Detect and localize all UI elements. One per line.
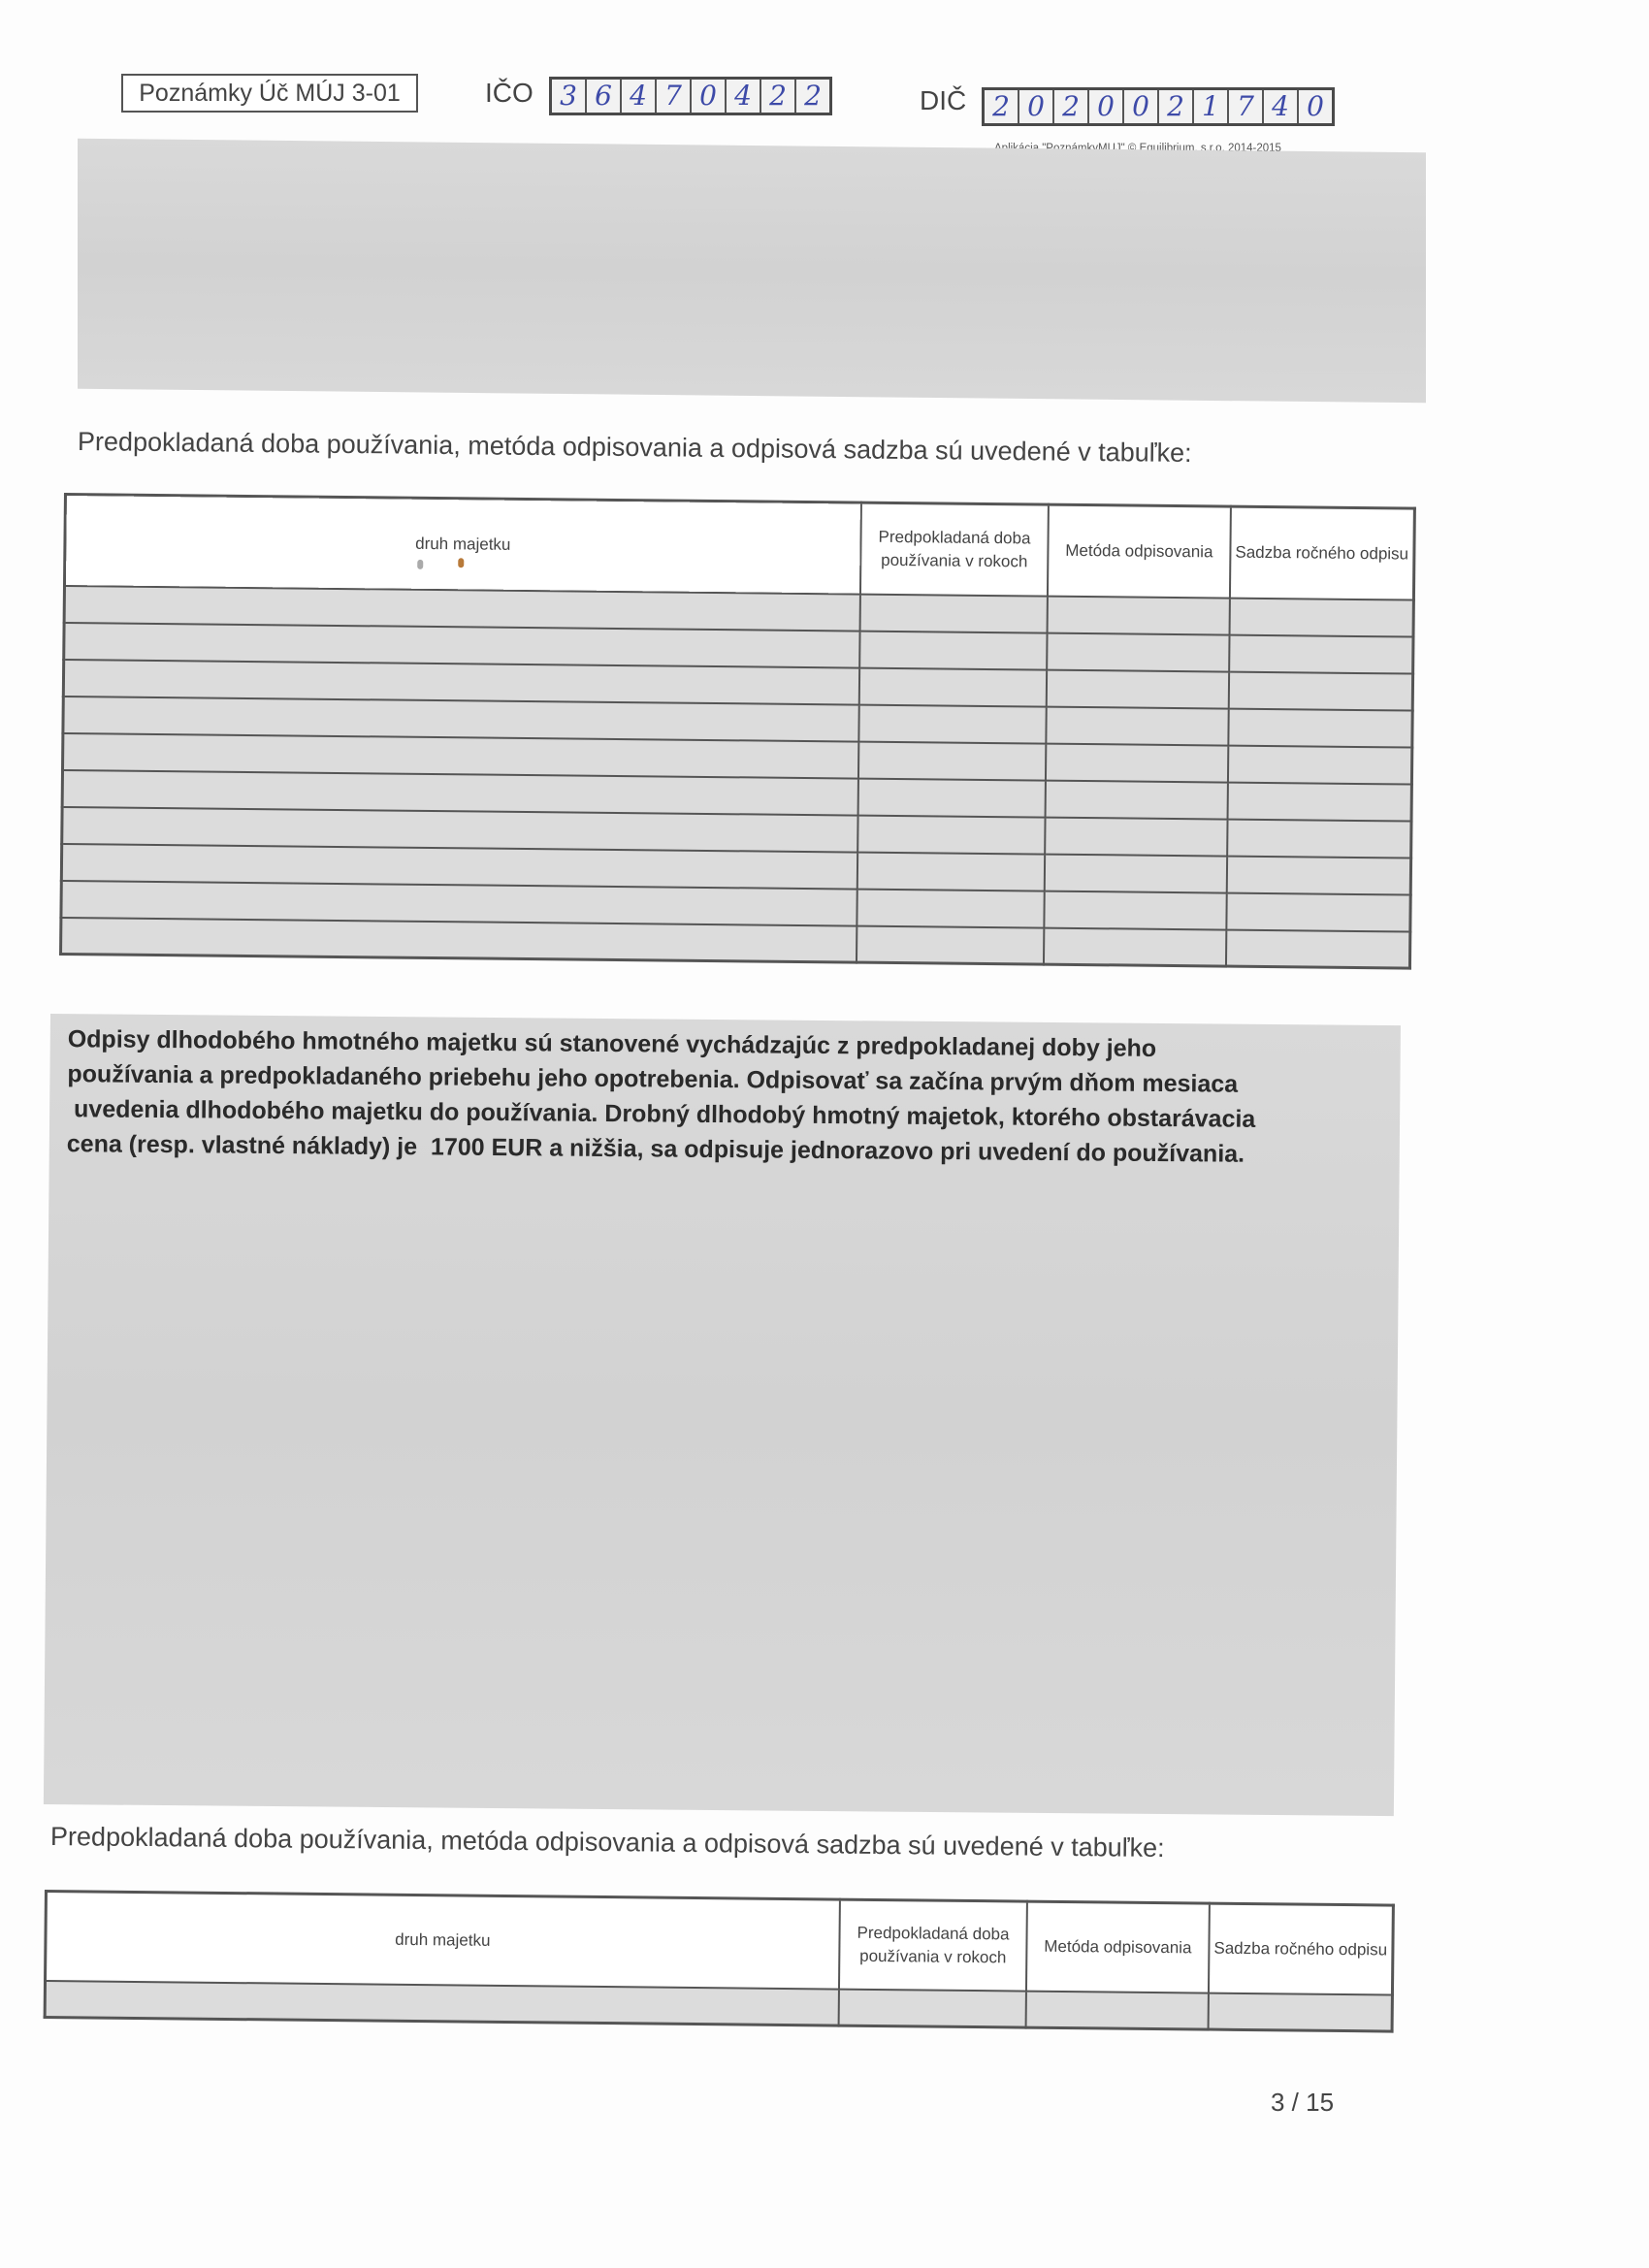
dic-digit[interactable]: 0	[1299, 90, 1332, 123]
cell-rate[interactable]	[1228, 708, 1412, 747]
cell-useful-life[interactable]	[858, 741, 1047, 780]
table-header-row: druh majetku Predpokladaná doba používan…	[46, 1892, 1394, 1995]
cell-rate[interactable]	[1227, 819, 1411, 858]
cell-asset-type[interactable]	[61, 917, 857, 962]
dic-digit[interactable]: 2	[985, 90, 1019, 123]
depreciation-policy-text: Odpisy dlhodobého hmotného majetku sú st…	[67, 1021, 1329, 1172]
table-header-row: druh majetku Predpokladaná doba používan…	[64, 495, 1414, 600]
ico-digit[interactable]: 2	[796, 80, 829, 113]
dic-digit[interactable]: 4	[1264, 90, 1299, 123]
cell-rate[interactable]	[1226, 892, 1410, 931]
dic-label: DIČ	[920, 85, 966, 116]
cell-rate[interactable]	[1226, 856, 1410, 894]
depreciation-table-2: druh majetku Predpokladaná doba používan…	[44, 1890, 1395, 2033]
ico-digit[interactable]: 6	[587, 80, 622, 113]
cell-rate[interactable]	[1227, 782, 1411, 821]
cell-asset-type[interactable]	[45, 1981, 839, 2026]
ico-digit[interactable]: 3	[552, 80, 587, 113]
column-header-useful-life: Predpokladaná doba používania v rokoch	[839, 1899, 1027, 1991]
cell-useful-life[interactable]	[838, 1989, 1026, 2027]
column-header-useful-life: Predpokladaná doba používania v rokoch	[860, 502, 1050, 596]
column-header-rate: Sadzba ročného odpisu	[1209, 1903, 1394, 1994]
cell-method[interactable]	[1046, 743, 1228, 782]
cell-method[interactable]	[1046, 780, 1228, 819]
ico-digit[interactable]: 7	[657, 80, 692, 113]
cell-method[interactable]	[1045, 854, 1227, 892]
section-heading: Predpokladaná doba používania, metóda od…	[50, 1822, 1165, 1863]
cell-useful-life[interactable]	[858, 704, 1047, 743]
cell-method[interactable]	[1045, 891, 1227, 929]
cell-method[interactable]	[1047, 669, 1229, 708]
cell-method[interactable]	[1047, 706, 1229, 745]
column-header-rate: Sadzba ročného odpisu	[1230, 506, 1415, 599]
cell-method[interactable]	[1048, 596, 1230, 634]
cell-rate[interactable]	[1226, 929, 1410, 968]
dic-digit[interactable]: 0	[1124, 90, 1159, 123]
page-number: 3 / 15	[1271, 2088, 1334, 2118]
ico-digit[interactable]: 4	[727, 80, 761, 113]
ico-digit[interactable]: 0	[692, 80, 727, 113]
scan-speck	[458, 558, 464, 567]
depreciation-table: druh majetku Predpokladaná doba používan…	[59, 493, 1416, 970]
dic-digit[interactable]: 2	[1159, 90, 1194, 123]
scan-speck	[417, 560, 423, 569]
ico-label: IČO	[485, 78, 533, 109]
dic-field[interactable]: 2 0 2 0 0 2 1 7 4 0	[982, 87, 1335, 126]
cell-method[interactable]	[1044, 927, 1226, 966]
depreciation-policy-block: Odpisy dlhodobého hmotného majetku sú st…	[44, 1014, 1401, 1816]
dic-digit[interactable]: 0	[1089, 90, 1124, 123]
cell-method[interactable]	[1047, 632, 1229, 671]
cell-useful-life[interactable]	[857, 778, 1046, 817]
ico-digit[interactable]: 2	[761, 80, 796, 113]
cell-useful-life[interactable]	[859, 594, 1048, 632]
column-header-method: Metóda odpisovania	[1048, 504, 1230, 598]
cell-rate[interactable]	[1208, 1993, 1392, 2031]
dic-digit[interactable]: 0	[1019, 90, 1054, 123]
column-header-method: Metóda odpisovania	[1026, 1901, 1209, 1993]
cell-useful-life[interactable]	[857, 889, 1045, 927]
cell-useful-life[interactable]	[857, 925, 1045, 964]
ico-digit[interactable]: 4	[622, 80, 657, 113]
cell-useful-life[interactable]	[859, 631, 1048, 669]
cell-rate[interactable]	[1228, 745, 1412, 784]
column-header-label: druh majetku	[415, 535, 510, 554]
cell-rate[interactable]	[1229, 634, 1413, 673]
dic-digit[interactable]: 2	[1054, 90, 1089, 123]
cell-rate[interactable]	[1228, 671, 1412, 710]
cell-useful-life[interactable]	[857, 852, 1045, 891]
cell-useful-life[interactable]	[857, 815, 1046, 854]
cell-useful-life[interactable]	[858, 667, 1047, 706]
column-header-asset-type: druh majetku	[64, 495, 860, 595]
dic-digit[interactable]: 7	[1229, 90, 1264, 123]
column-header-asset-type: druh majetku	[46, 1892, 840, 1990]
section-heading: Predpokladaná doba používania, metóda od…	[78, 427, 1192, 469]
form-title: Poznámky Úč MÚJ 3-01	[121, 74, 418, 113]
cell-method[interactable]	[1045, 817, 1227, 856]
empty-text-area	[78, 139, 1426, 404]
dic-digit[interactable]: 1	[1194, 90, 1229, 123]
ico-field[interactable]: 3 6 4 7 0 4 2 2	[549, 77, 832, 115]
cell-rate[interactable]	[1229, 598, 1413, 636]
cell-method[interactable]	[1026, 1991, 1209, 2029]
